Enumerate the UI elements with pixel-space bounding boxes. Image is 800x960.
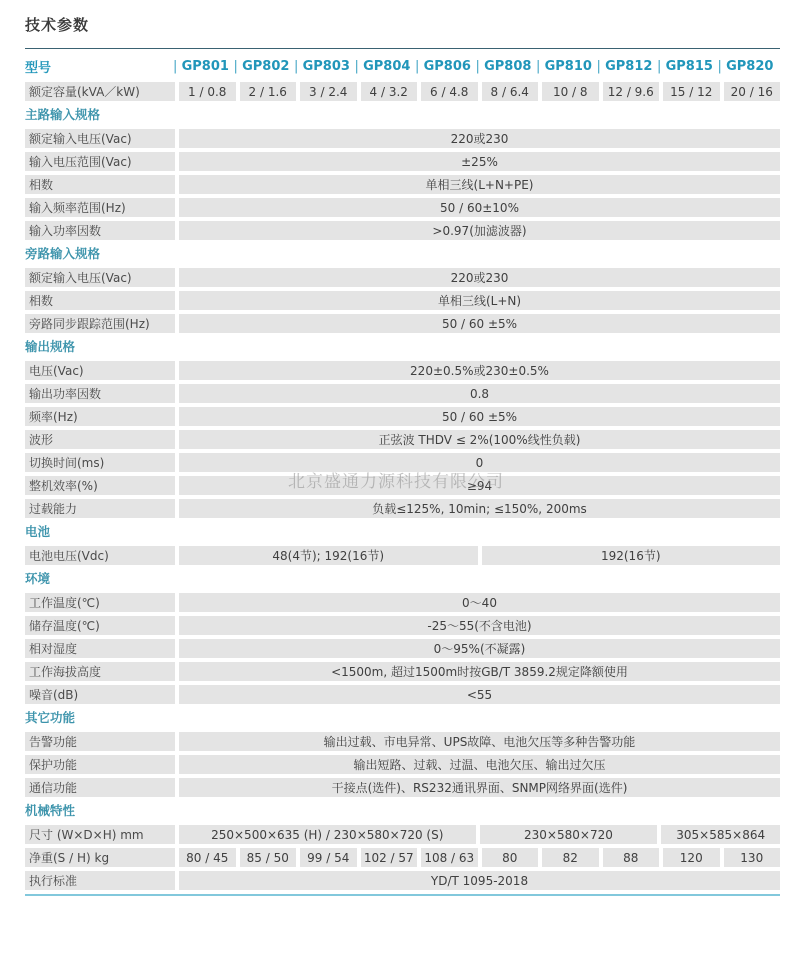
row-label: 相数 [25, 291, 175, 310]
value-cell: 50 / 60 ±5% [179, 314, 780, 333]
row-cells: 50 / 60 ±5% [179, 314, 780, 333]
model-name: GP808 [484, 59, 531, 74]
row-label: 电压(Vac) [25, 361, 175, 380]
row-label: 通信功能 [25, 778, 175, 797]
spec-row: 工作海拔高度<1500m, 超过1500m时按GB/T 3859.2规定降额使用 [25, 662, 780, 681]
value-cell: 12 / 9.6 [603, 82, 660, 101]
spec-row: 输入频率范围(Hz)50 / 60±10% [25, 198, 780, 217]
model-name: GP803 [303, 59, 350, 74]
value-cell: 192(16节) [482, 546, 781, 565]
spec-row: 旁路同步跟踪范围(Hz)50 / 60 ±5% [25, 314, 780, 333]
section-heading: 主路输入规格 [25, 107, 780, 123]
model-column-header: |GP801 [175, 59, 236, 74]
value-cell: 220±0.5%或230±0.5% [179, 361, 780, 380]
spec-row: 过载能力负载≤125%, 10min; ≤150%, 200ms [25, 499, 780, 518]
value-cell: 50 / 60 ±5% [179, 407, 780, 426]
model-column-header: |GP815 [659, 59, 720, 74]
spec-row: 净重(S / H) kg80 / 4585 / 5099 / 54102 / 5… [25, 848, 780, 867]
model-column-header: |GP810 [538, 59, 599, 74]
spec-row: 尺寸 (W×D×H) mm250×500×635 (H) / 230×580×7… [25, 825, 780, 844]
value-cell: 4 / 3.2 [361, 82, 418, 101]
row-label: 过载能力 [25, 499, 175, 518]
value-cell: 单相三线(L+N) [179, 291, 780, 310]
row-label: 切换时间(ms) [25, 453, 175, 472]
value-cell: <55 [179, 685, 780, 704]
value-cell: 6 / 4.8 [421, 82, 478, 101]
value-cell: YD/T 1095-2018 [179, 871, 780, 890]
value-cell: ≥94 [179, 476, 780, 495]
value-cell: 50 / 60±10% [179, 198, 780, 217]
model-column-header: |GP802 [236, 59, 297, 74]
value-cell: >0.97(加滤波器) [179, 221, 780, 240]
model-column-header: |GP812 [599, 59, 660, 74]
model-name: GP810 [545, 59, 592, 74]
value-cell: 干接点(选件)、RS232通讯界面、SNMP网络界面(选件) [179, 778, 780, 797]
section-heading: 其它功能 [25, 710, 780, 726]
value-cell: 3 / 2.4 [300, 82, 357, 101]
row-cells: 单相三线(L+N+PE) [179, 175, 780, 194]
row-label: 输出功率因数 [25, 384, 175, 403]
row-label: 输入功率因数 [25, 221, 175, 240]
model-name: GP820 [726, 59, 773, 74]
spec-row: 通信功能干接点(选件)、RS232通讯界面、SNMP网络界面(选件) [25, 778, 780, 797]
value-cell: 85 / 50 [240, 848, 297, 867]
row-cells: 80 / 4585 / 5099 / 54102 / 57108 / 63808… [179, 848, 780, 867]
value-cell: 230×580×720 [480, 825, 658, 844]
row-label: 输入频率范围(Hz) [25, 198, 175, 217]
spec-row: 电压(Vac)220±0.5%或230±0.5% [25, 361, 780, 380]
spec-row: 相数单相三线(L+N+PE) [25, 175, 780, 194]
model-name: GP804 [363, 59, 410, 74]
row-cells: 220±0.5%或230±0.5% [179, 361, 780, 380]
value-cell: 0～40 [179, 593, 780, 612]
value-cell: 305×585×864 [661, 825, 780, 844]
model-name: GP801 [182, 59, 229, 74]
row-label: 保护功能 [25, 755, 175, 774]
value-cell: 99 / 54 [300, 848, 357, 867]
value-cell: 0.8 [179, 384, 780, 403]
row-label: 整机效率(%) [25, 476, 175, 495]
row-label: 储存温度(℃) [25, 616, 175, 635]
row-cells: 0 [179, 453, 780, 472]
spec-row: 保护功能输出短路、过载、过温、电池欠压、输出过欠压 [25, 755, 780, 774]
value-cell: 80 / 45 [179, 848, 236, 867]
table-bottom-rule [25, 894, 780, 896]
row-label: 工作温度(℃) [25, 593, 175, 612]
section-heading: 旁路输入规格 [25, 246, 780, 262]
column-separator: | [476, 59, 480, 74]
spec-row: 输入功率因数>0.97(加滤波器) [25, 221, 780, 240]
value-cell: 正弦波 THDV ≤ 2%(100%线性负载) [179, 430, 780, 449]
table-top-rule [25, 48, 780, 49]
spec-row: 波形正弦波 THDV ≤ 2%(100%线性负载) [25, 430, 780, 449]
value-cell: 0 [179, 453, 780, 472]
row-cells: 0～40 [179, 593, 780, 612]
row-cells: >0.97(加滤波器) [179, 221, 780, 240]
value-cell: 输出短路、过载、过温、电池欠压、输出过欠压 [179, 755, 780, 774]
value-cell: ±25% [179, 152, 780, 171]
spec-row: 整机效率(%)≥94 [25, 476, 780, 495]
model-column-header: |GP808 [478, 59, 539, 74]
model-row-label: 型号 [25, 57, 175, 76]
value-cell: 15 / 12 [663, 82, 720, 101]
section-heading: 机械特性 [25, 803, 780, 819]
row-label: 额定输入电压(Vac) [25, 129, 175, 148]
value-cell: 80 [482, 848, 539, 867]
row-cells: 干接点(选件)、RS232通讯界面、SNMP网络界面(选件) [179, 778, 780, 797]
value-cell: 120 [663, 848, 720, 867]
row-label: 电池电压(Vdc) [25, 546, 175, 565]
value-cell: 10 / 8 [542, 82, 599, 101]
column-separator: | [536, 59, 540, 74]
model-name: GP806 [424, 59, 471, 74]
row-label: 噪音(dB) [25, 685, 175, 704]
row-cells: 50 / 60 ±5% [179, 407, 780, 426]
row-cells: ≥94 [179, 476, 780, 495]
row-cells: 单相三线(L+N) [179, 291, 780, 310]
value-cell: 108 / 63 [421, 848, 478, 867]
row-cells: 0～95%(不凝露) [179, 639, 780, 658]
value-cell: 250×500×635 (H) / 230×580×720 (S) [179, 825, 476, 844]
value-cell: 102 / 57 [361, 848, 418, 867]
value-cell: 单相三线(L+N+PE) [179, 175, 780, 194]
spec-page: 技术参数 型号 |GP801|GP802|GP803|GP804|GP806|G… [0, 0, 800, 896]
column-separator: | [173, 59, 177, 74]
row-label: 尺寸 (W×D×H) mm [25, 825, 175, 844]
spec-row: 额定容量(kVA／kW)1 / 0.82 / 1.63 / 2.44 / 3.2… [25, 82, 780, 101]
row-label: 额定输入电压(Vac) [25, 268, 175, 287]
column-separator: | [657, 59, 661, 74]
spec-row: 输出功率因数0.8 [25, 384, 780, 403]
value-cell: 220或230 [179, 129, 780, 148]
row-cells: ±25% [179, 152, 780, 171]
column-separator: | [718, 59, 722, 74]
section-heading: 输出规格 [25, 339, 780, 355]
row-cells: 输出过载、市电异常、UPS故障、电池欠压等多种告警功能 [179, 732, 780, 751]
value-cell: 1 / 0.8 [179, 82, 236, 101]
row-label: 净重(S / H) kg [25, 848, 175, 867]
row-cells: 220或230 [179, 129, 780, 148]
row-label: 执行标准 [25, 871, 175, 890]
model-name: GP802 [242, 59, 289, 74]
section-heading: 电池 [25, 524, 780, 540]
row-label: 告警功能 [25, 732, 175, 751]
row-cells: 48(4节); 192(16节)192(16节) [179, 546, 780, 565]
row-label: 相对湿度 [25, 639, 175, 658]
row-label: 工作海拔高度 [25, 662, 175, 681]
spec-row: 告警功能输出过载、市电异常、UPS故障、电池欠压等多种告警功能 [25, 732, 780, 751]
row-cells: 输出短路、过载、过温、电池欠压、输出过欠压 [179, 755, 780, 774]
column-separator: | [234, 59, 238, 74]
value-cell: -25～55(不含电池) [179, 616, 780, 635]
value-cell: 130 [724, 848, 781, 867]
model-column-header: |GP806 [417, 59, 478, 74]
row-label: 波形 [25, 430, 175, 449]
column-separator: | [294, 59, 298, 74]
model-column-header: |GP803 [296, 59, 357, 74]
row-cells: YD/T 1095-2018 [179, 871, 780, 890]
spec-row: 切换时间(ms)0 [25, 453, 780, 472]
value-cell: <1500m, 超过1500m时按GB/T 3859.2规定降额使用 [179, 662, 780, 681]
value-cell: 82 [542, 848, 599, 867]
spec-row: 电池电压(Vdc)48(4节); 192(16节)192(16节) [25, 546, 780, 565]
value-cell: 20 / 16 [724, 82, 781, 101]
row-cells: 0.8 [179, 384, 780, 403]
value-cell: 8 / 6.4 [482, 82, 539, 101]
row-cells: <55 [179, 685, 780, 704]
value-cell: 88 [603, 848, 660, 867]
model-header-row: 型号 |GP801|GP802|GP803|GP804|GP806|GP808|… [25, 56, 780, 77]
row-cells: 220或230 [179, 268, 780, 287]
model-columns: |GP801|GP802|GP803|GP804|GP806|GP808|GP8… [175, 59, 780, 74]
value-cell: 220或230 [179, 268, 780, 287]
row-cells: 1 / 0.82 / 1.63 / 2.44 / 3.26 / 4.88 / 6… [179, 82, 780, 101]
row-cells: -25～55(不含电池) [179, 616, 780, 635]
spec-table: 额定容量(kVA／kW)1 / 0.82 / 1.63 / 2.44 / 3.2… [25, 82, 780, 890]
value-cell: 2 / 1.6 [240, 82, 297, 101]
row-cells: 250×500×635 (H) / 230×580×720 (S)230×580… [179, 825, 780, 844]
column-separator: | [415, 59, 419, 74]
model-column-header: |GP804 [357, 59, 418, 74]
row-label: 输入电压范围(Vac) [25, 152, 175, 171]
row-label: 旁路同步跟踪范围(Hz) [25, 314, 175, 333]
spec-row: 储存温度(℃)-25～55(不含电池) [25, 616, 780, 635]
row-cells: <1500m, 超过1500m时按GB/T 3859.2规定降额使用 [179, 662, 780, 681]
row-cells: 50 / 60±10% [179, 198, 780, 217]
spec-row: 输入电压范围(Vac)±25% [25, 152, 780, 171]
value-cell: 0～95%(不凝露) [179, 639, 780, 658]
model-name: GP815 [666, 59, 713, 74]
model-name: GP812 [605, 59, 652, 74]
spec-row: 噪音(dB)<55 [25, 685, 780, 704]
row-cells: 正弦波 THDV ≤ 2%(100%线性负载) [179, 430, 780, 449]
spec-row: 相对湿度0～95%(不凝露) [25, 639, 780, 658]
row-label: 频率(Hz) [25, 407, 175, 426]
value-cell: 输出过载、市电异常、UPS故障、电池欠压等多种告警功能 [179, 732, 780, 751]
page-title: 技术参数 [25, 14, 780, 35]
spec-row: 额定输入电压(Vac)220或230 [25, 268, 780, 287]
row-label: 额定容量(kVA／kW) [25, 82, 175, 101]
column-separator: | [355, 59, 359, 74]
section-heading: 环境 [25, 571, 780, 587]
spec-row: 工作温度(℃)0～40 [25, 593, 780, 612]
spec-row: 额定输入电压(Vac)220或230 [25, 129, 780, 148]
row-label: 相数 [25, 175, 175, 194]
spec-row: 频率(Hz)50 / 60 ±5% [25, 407, 780, 426]
value-cell: 48(4节); 192(16节) [179, 546, 478, 565]
column-separator: | [597, 59, 601, 74]
spec-row: 相数单相三线(L+N) [25, 291, 780, 310]
value-cell: 负载≤125%, 10min; ≤150%, 200ms [179, 499, 780, 518]
row-cells: 负载≤125%, 10min; ≤150%, 200ms [179, 499, 780, 518]
model-column-header: |GP820 [720, 59, 781, 74]
spec-row: 执行标准YD/T 1095-2018 [25, 871, 780, 890]
